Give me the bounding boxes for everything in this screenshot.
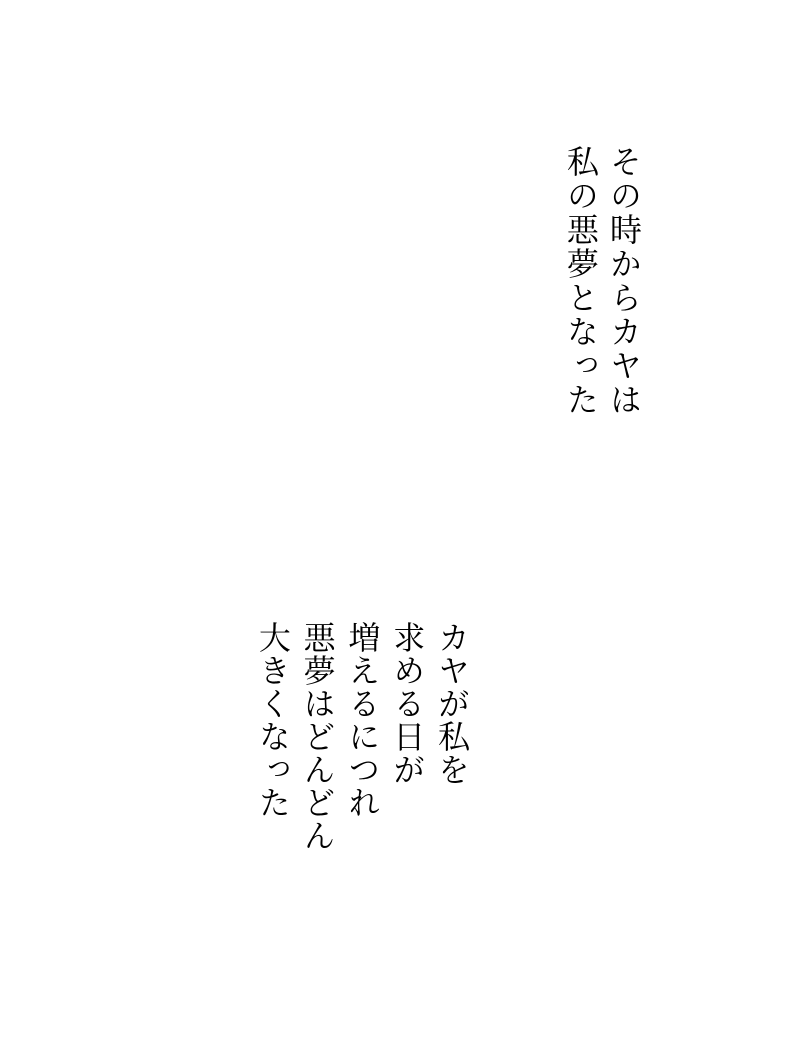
narration-line: 私の悪夢となった — [559, 145, 602, 417]
narration-line: 増えるにつれ — [340, 621, 385, 852]
narration-line: その時からカヤは — [602, 145, 645, 417]
manga-page: その時からカヤは 私の悪夢となった カヤが私を 求める日が 増えるにつれ 悪夢は… — [0, 0, 800, 1052]
narration-line: 求める日が — [384, 621, 429, 852]
narration-line: 大きくなった — [250, 621, 295, 852]
narration-block-top: その時からカヤは 私の悪夢となった — [559, 145, 645, 417]
narration-line: 悪夢はどんどん — [295, 621, 340, 852]
narration-line: カヤが私を — [429, 621, 474, 852]
narration-block-bottom: カヤが私を 求める日が 増えるにつれ 悪夢はどんどん 大きくなった — [250, 621, 474, 852]
